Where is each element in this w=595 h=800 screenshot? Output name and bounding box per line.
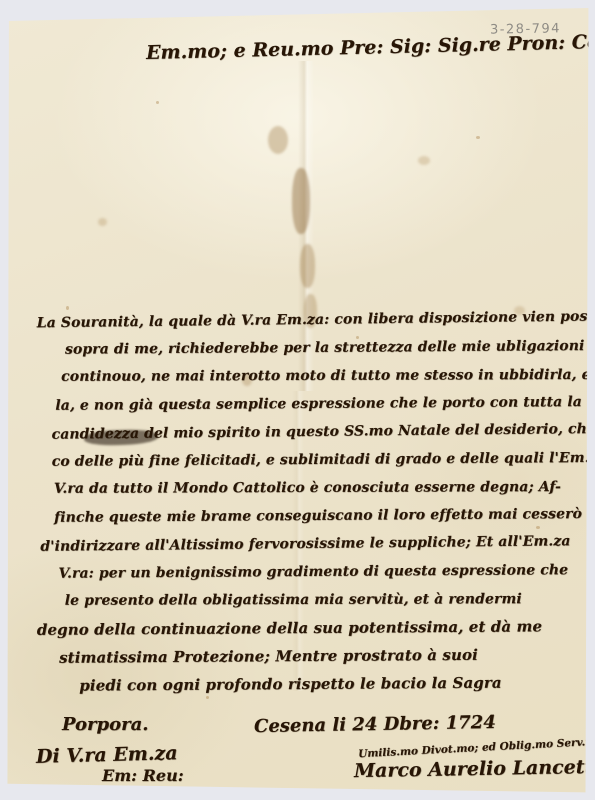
closing-word: Porpora. xyxy=(62,714,149,735)
salutation: Em.mo; e Reu.mo Pre: Sig: Sig.re Pron: C… xyxy=(146,34,476,64)
ink-stain xyxy=(98,218,107,226)
body-line: V.ra: per un benignissimo gradimento di … xyxy=(58,556,582,588)
body-line: degno della continuazione della sua pote… xyxy=(37,612,583,644)
ink-stain xyxy=(292,168,310,234)
body-line: d'indirizzare all'Altissimo fervorosissi… xyxy=(40,527,582,561)
body-line: piedi con ogni profondo rispetto le baci… xyxy=(79,668,583,700)
body-line: co delle più fine felicitadi, e sublimit… xyxy=(52,444,582,476)
paper-fleck xyxy=(156,101,159,104)
place-and-date: Cesena li 24 Dbre: 1724 xyxy=(254,712,496,737)
body-line: stimatissima Protezione; Mentre prostrat… xyxy=(59,640,583,672)
body-line: candidezza del mio spirito in questo SS.… xyxy=(51,415,581,449)
valediction-line-1: Di V.ra Em.za xyxy=(36,742,178,768)
valediction-line-2: Em: Reu: xyxy=(102,766,184,785)
ink-stain xyxy=(418,156,430,165)
body-line: sopra di me, richiederebbe per la strett… xyxy=(65,332,581,364)
manuscript-page: 3-28-794 Em.mo; e Reu.mo Pre: Sig: Sig.r… xyxy=(6,6,589,794)
body-line: V.ra da tutto il Mondo Cattolico è conos… xyxy=(54,473,582,503)
ink-stain xyxy=(300,244,315,288)
signature-name: Marco Aurelio Lancetti xyxy=(354,756,595,782)
body-line: continouo, ne mai interotto moto di tutt… xyxy=(61,361,581,391)
letter-body: La Souranità, la quale dà V.ra Em.za: co… xyxy=(29,304,584,700)
ink-stain xyxy=(268,126,288,154)
body-line: le presento della obligatissima mia serv… xyxy=(65,585,583,615)
paper-fleck xyxy=(476,136,480,139)
